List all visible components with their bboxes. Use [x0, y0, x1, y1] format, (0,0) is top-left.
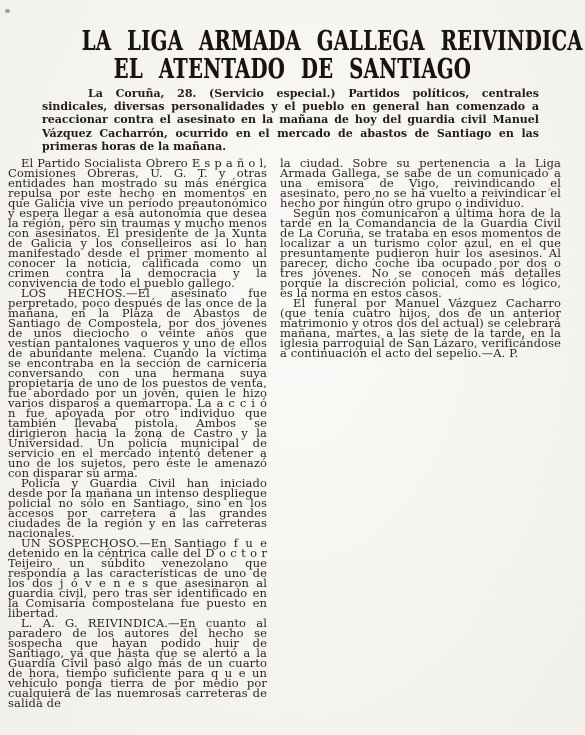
body-paragraph-lag-reivindica: L. A. G. REIVINDICA.—En cuanto al parade…	[8, 618, 267, 708]
scan-speck	[548, 188, 551, 191]
body-paragraph: El Partido Socialista Obrero E s p a ñ o…	[8, 158, 267, 288]
right-column: la ciudad. Sobre su pertenencia a la Lig…	[280, 158, 561, 708]
newspaper-clipping: LA LIGA ARMADA GALLEGA REIVINDICA EL ATE…	[0, 0, 585, 735]
body-paragraph-los-hechos: LOS HECHOS.—El asesinato fue perpretado,…	[8, 288, 267, 478]
scan-speck	[5, 9, 10, 13]
article-headline: LA LIGA ARMADA GALLEGA REIVINDICA EL ATE…	[0, 28, 585, 84]
headline-line-1: LA LIGA ARMADA GALLEGA REIVINDICA	[82, 28, 503, 56]
body-paragraph-funeral: El funeral por Manuel Vázquez Cacharro (…	[280, 298, 561, 358]
body-paragraph: Según nos comunicaron a última hora de l…	[280, 208, 561, 298]
left-column: El Partido Socialista Obrero E s p a ñ o…	[8, 158, 267, 708]
lead-paragraph: La Coruña, 28. (Servicio especial.) Part…	[42, 87, 539, 153]
headline-line-2: EL ATENTADO DE SANTIAGO	[82, 56, 503, 84]
body-paragraph-un-sospechoso: UN SOSPECHOSO.—En Santiago f u e detenid…	[8, 538, 267, 618]
body-paragraph: Policía y Guardia Civil han iniciado des…	[8, 478, 267, 538]
body-paragraph-continuation: la ciudad. Sobre su pertenencia a la Lig…	[280, 158, 561, 208]
article-body: El Partido Socialista Obrero E s p a ñ o…	[8, 158, 585, 708]
